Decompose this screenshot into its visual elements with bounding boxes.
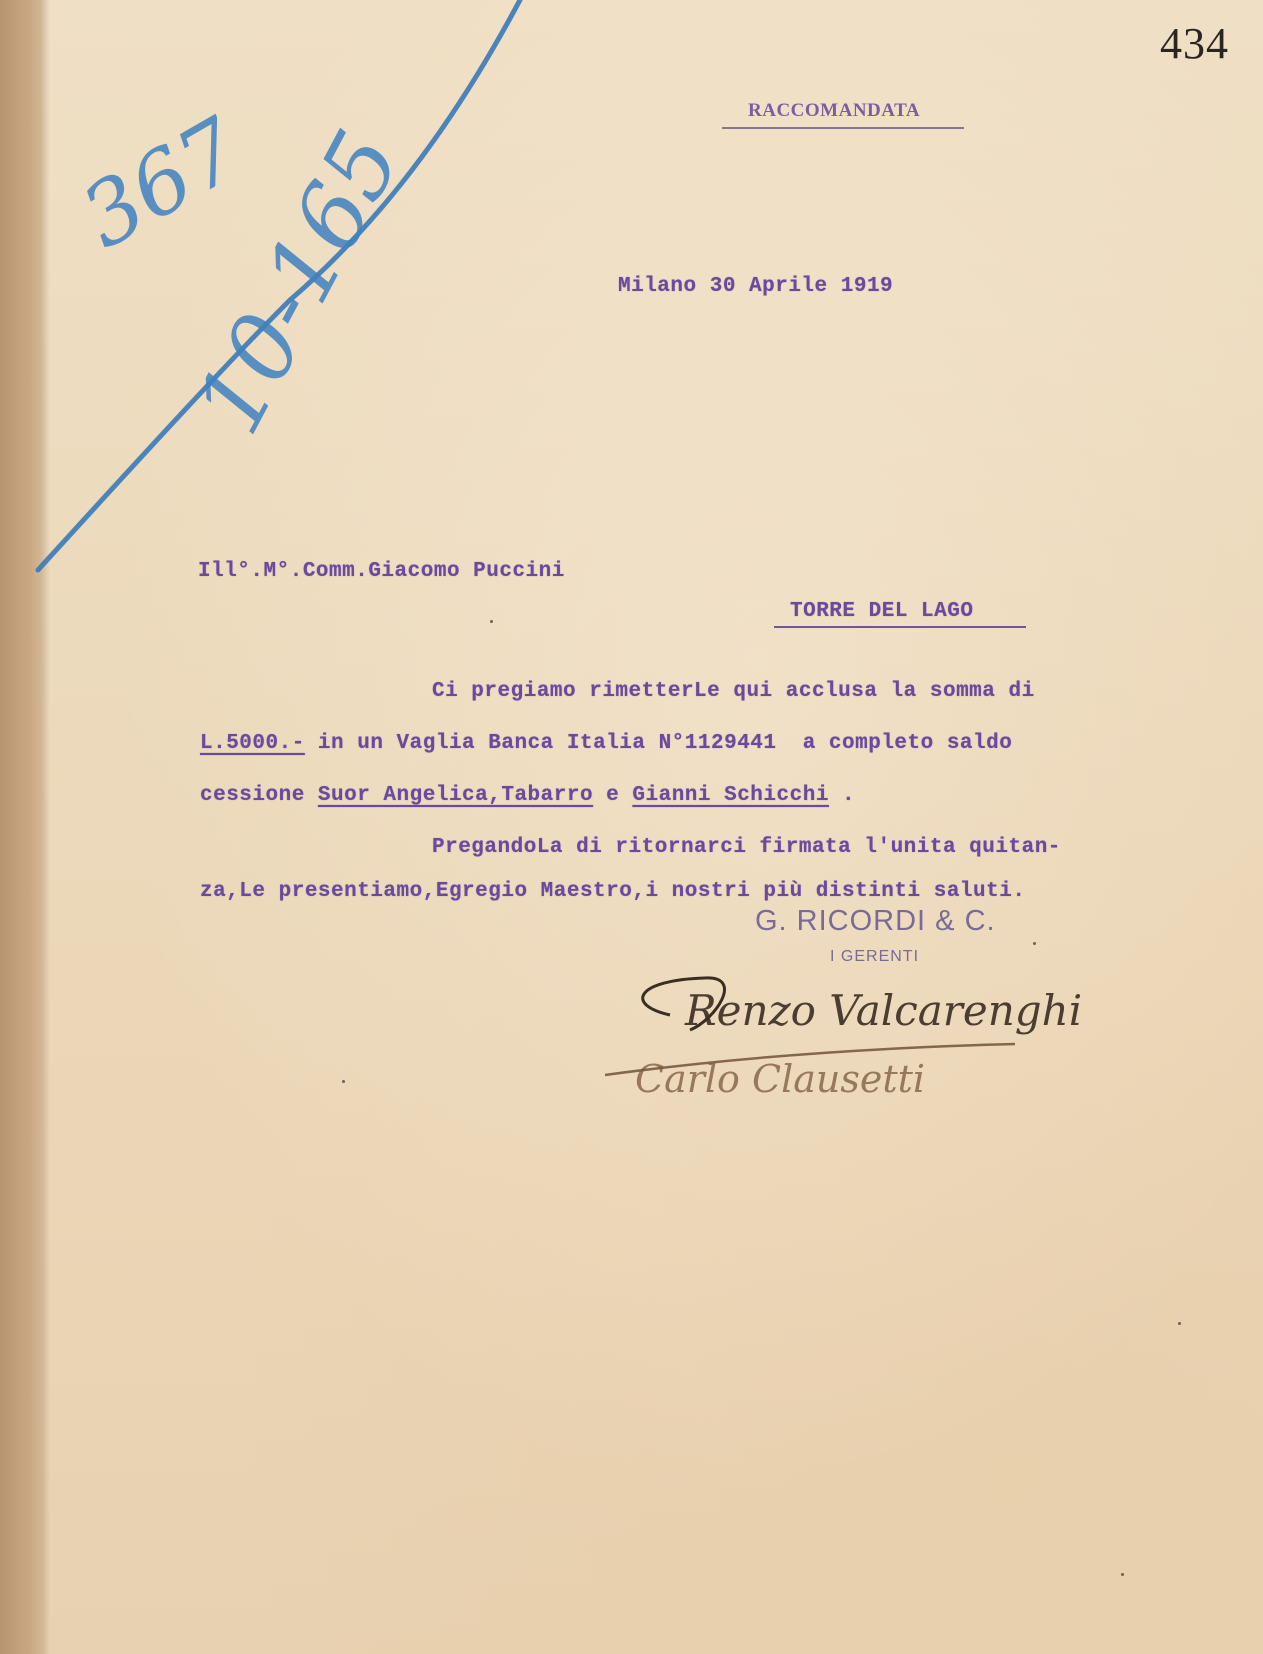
paper-speck: [1121, 1573, 1124, 1576]
body-line-3-mid: e: [593, 784, 632, 807]
paper-speck: [1178, 1322, 1181, 1325]
opera-titles-1: Suor Angelica,Tabarro: [318, 784, 593, 807]
pencil-number-top: 367: [66, 99, 258, 268]
recipient-name: Ill°.M°.Comm.Giacomo Puccini: [198, 560, 565, 583]
date-line: Milano 30 Aprile 1919: [618, 275, 893, 298]
page-number: 434: [1160, 18, 1229, 69]
paper-speck: [1033, 942, 1036, 945]
body-line-3-suffix: .: [829, 784, 855, 807]
opera-titles-2: Gianni Schicchi: [632, 784, 829, 807]
body-line-5: za,Le presentiamo,Egregio Maestro,i nost…: [200, 880, 1025, 903]
paper-speck: [342, 1080, 345, 1083]
body-line-2: L.5000.- in un Vaglia Banca Italia N°112…: [200, 732, 1012, 755]
recipient-location: TORRE DEL LAGO: [790, 600, 973, 623]
raccomandata-stamp: RACCOMANDATA: [748, 100, 920, 122]
location-underline: [774, 626, 1026, 628]
raccomandata-underline: [722, 127, 964, 129]
signature-1: Renzo Valcarenghi: [684, 986, 1082, 1035]
body-line-1: Ci pregiamo rimetterLe qui acclusa la so…: [432, 680, 1035, 703]
company-stamp: G. RICORDI & C.: [755, 905, 996, 938]
body-line-3: cessione Suor Angelica,Tabarro e Gianni …: [200, 784, 855, 807]
paper-speck: [490, 620, 493, 623]
signatures: Renzo Valcarenghi Carlo Clausetti: [595, 960, 1095, 1120]
body-line-4: PregandoLa di ritornarci firmata l'unita…: [432, 836, 1061, 859]
payment-amount: L.5000.-: [200, 732, 305, 755]
pencil-annotation: 367 10-165: [0, 0, 600, 600]
body-line-3-prefix: cessione: [200, 784, 318, 807]
signature-2: Carlo Clausetti: [635, 1057, 925, 1101]
letter-page: 434 RACCOMANDATA 367 10-165 Milano 30 Ap…: [0, 0, 1263, 1654]
body-line-2-rest: in un Vaglia Banca Italia N°1129441 a co…: [305, 732, 1013, 755]
